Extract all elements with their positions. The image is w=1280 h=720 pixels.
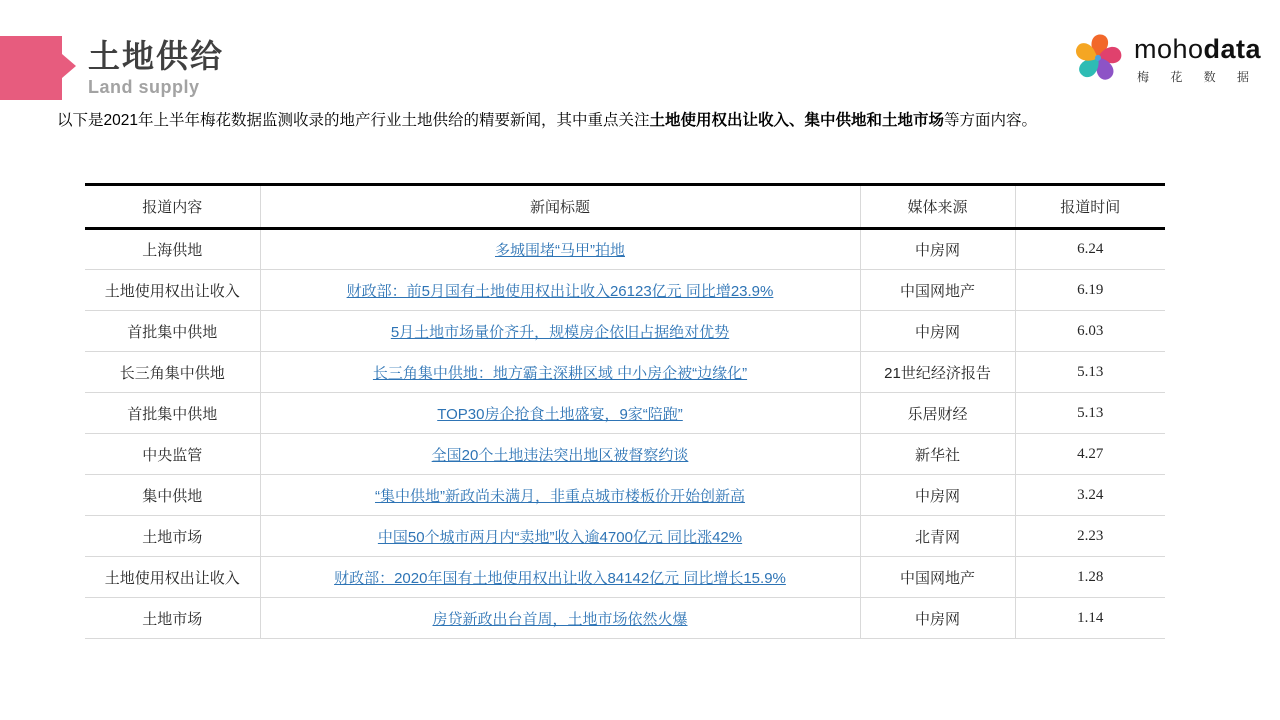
intro-bold: 土地使用权出让收入、集中供地和土地市场 xyxy=(649,112,944,129)
table-row: 首批集中供地5月土地市场量价齐升，规模房企依旧占据绝对优势中房网6.03 xyxy=(85,311,1165,352)
column-header-title: 新闻标题 xyxy=(260,185,860,229)
news-title-link[interactable]: 多城围堵“马甲”拍地 xyxy=(495,242,625,259)
news-title-link[interactable]: 房贷新政出台首周，土地市场依然火爆 xyxy=(432,611,687,628)
media-source: 北青网 xyxy=(860,516,1015,557)
logo-text: mohodata 梅 花 数 据 xyxy=(1134,28,1261,85)
table-header-row: 报道内容 新闻标题 媒体来源 报道时间 xyxy=(85,185,1165,229)
report-category: 首批集中供地 xyxy=(85,393,260,434)
news-title-cell: TOP30房企抢食土地盛宴，9家“陪跑” xyxy=(260,393,860,434)
report-category: 土地市场 xyxy=(85,516,260,557)
report-date: 5.13 xyxy=(1015,352,1165,393)
report-date: 1.28 xyxy=(1015,557,1165,598)
report-category: 中央监管 xyxy=(85,434,260,475)
table-row: 首批集中供地TOP30房企抢食土地盛宴，9家“陪跑”乐居财经5.13 xyxy=(85,393,1165,434)
report-date: 6.03 xyxy=(1015,311,1165,352)
pinwheel-logo-icon xyxy=(1070,28,1126,84)
media-source: 中房网 xyxy=(860,475,1015,516)
report-date: 3.24 xyxy=(1015,475,1165,516)
table-row: 上海供地多城围堵“马甲”拍地中房网6.24 xyxy=(85,229,1165,270)
news-title-link[interactable]: TOP30房企抢食土地盛宴，9家“陪跑” xyxy=(437,406,683,423)
news-title-cell: 长三角集中供地：地方霸主深耕区域 中小房企被“边缘化” xyxy=(260,352,860,393)
intro-text: 以下是2021年上半年梅花数据监测收录的地产行业土地供给的精要新闻，其中重点关注… xyxy=(57,110,1157,132)
media-source: 中房网 xyxy=(860,311,1015,352)
news-title-link[interactable]: 中国50个城市两月内“卖地”收入逾4700亿元 同比涨42% xyxy=(378,529,742,546)
table-row: 土地市场房贷新政出台首周，土地市场依然火爆中房网1.14 xyxy=(85,598,1165,639)
news-table-body: 上海供地多城围堵“马甲”拍地中房网6.24土地使用权出让收入财政部：前5月国有土… xyxy=(85,229,1165,639)
slide: 土地供给 Land supply mohodata 梅 花 数 据 以下是202… xyxy=(0,0,1280,720)
column-header-source: 媒体来源 xyxy=(860,185,1015,229)
report-date: 5.13 xyxy=(1015,393,1165,434)
report-category: 土地市场 xyxy=(85,598,260,639)
table-row: 中央监管全国20个土地违法突出地区被督察约谈新华社4.27 xyxy=(85,434,1165,475)
page-subtitle: Land supply xyxy=(88,77,224,98)
report-category: 土地使用权出让收入 xyxy=(85,557,260,598)
news-title-link[interactable]: 5月土地市场量价齐升，规模房企依旧占据绝对优势 xyxy=(391,324,729,341)
media-source: 中房网 xyxy=(860,229,1015,270)
report-category: 集中供地 xyxy=(85,475,260,516)
news-title-cell: 5月土地市场量价齐升，规模房企依旧占据绝对优势 xyxy=(260,311,860,352)
news-title-link[interactable]: 财政部：前5月国有土地使用权出让收入26123亿元 同比增23.9% xyxy=(347,283,774,300)
logo-chinese: 梅 花 数 据 xyxy=(1134,68,1261,85)
news-title-link[interactable]: “集中供地”新政尚未满月，非重点城市楼板价开始创新高 xyxy=(375,488,745,505)
page-title: 土地供给 xyxy=(88,38,224,75)
report-category: 首批集中供地 xyxy=(85,311,260,352)
news-title-cell: 多城围堵“马甲”拍地 xyxy=(260,229,860,270)
media-source: 新华社 xyxy=(860,434,1015,475)
report-category: 上海供地 xyxy=(85,229,260,270)
logo-name: mohodata xyxy=(1134,36,1261,63)
news-title-link[interactable]: 长三角集中供地：地方霸主深耕区域 中小房企被“边缘化” xyxy=(373,365,747,382)
media-source: 中国网地产 xyxy=(860,270,1015,311)
table-row: 集中供地“集中供地”新政尚未满月，非重点城市楼板价开始创新高中房网3.24 xyxy=(85,475,1165,516)
media-source: 乐居财经 xyxy=(860,393,1015,434)
table-row: 土地使用权出让收入财政部：2020年国有土地使用权出让收入84142亿元 同比增… xyxy=(85,557,1165,598)
title-block: 土地供给 Land supply xyxy=(88,38,224,98)
report-date: 2.23 xyxy=(1015,516,1165,557)
news-title-cell: 财政部：2020年国有土地使用权出让收入84142亿元 同比增长15.9% xyxy=(260,557,860,598)
news-title-cell: 全国20个土地违法突出地区被督察约谈 xyxy=(260,434,860,475)
report-date: 6.24 xyxy=(1015,229,1165,270)
media-source: 中国网地产 xyxy=(860,557,1015,598)
table-row: 土地使用权出让收入财政部：前5月国有土地使用权出让收入26123亿元 同比增23… xyxy=(85,270,1165,311)
report-date: 6.19 xyxy=(1015,270,1165,311)
logo-name-bold: data xyxy=(1204,34,1262,64)
column-header-category: 报道内容 xyxy=(85,185,260,229)
news-title-cell: 房贷新政出台首周，土地市场依然火爆 xyxy=(260,598,860,639)
report-date: 1.14 xyxy=(1015,598,1165,639)
news-title-cell: 中国50个城市两月内“卖地”收入逾4700亿元 同比涨42% xyxy=(260,516,860,557)
intro-suffix: 等方面内容。 xyxy=(944,112,1037,129)
media-source: 21世纪经济报告 xyxy=(860,352,1015,393)
table-row: 长三角集中供地长三角集中供地：地方霸主深耕区域 中小房企被“边缘化”21世纪经济… xyxy=(85,352,1165,393)
news-title-cell: “集中供地”新政尚未满月，非重点城市楼板价开始创新高 xyxy=(260,475,860,516)
report-category: 长三角集中供地 xyxy=(85,352,260,393)
table-row: 土地市场中国50个城市两月内“卖地”收入逾4700亿元 同比涨42%北青网2.2… xyxy=(85,516,1165,557)
report-date: 4.27 xyxy=(1015,434,1165,475)
intro-prefix: 以下是2021年上半年梅花数据监测收录的地产行业土地供给的精要新闻，其中重点关注 xyxy=(57,112,649,129)
mohodata-logo: mohodata 梅 花 数 据 xyxy=(1070,28,1261,85)
news-title-cell: 财政部：前5月国有土地使用权出让收入26123亿元 同比增23.9% xyxy=(260,270,860,311)
news-title-link[interactable]: 全国20个土地违法突出地区被督察约谈 xyxy=(432,447,689,464)
news-table: 报道内容 新闻标题 媒体来源 报道时间 上海供地多城围堵“马甲”拍地中房网6.2… xyxy=(85,183,1165,639)
news-title-link[interactable]: 财政部：2020年国有土地使用权出让收入84142亿元 同比增长15.9% xyxy=(334,570,786,587)
column-header-date: 报道时间 xyxy=(1015,185,1165,229)
media-source: 中房网 xyxy=(860,598,1015,639)
report-category: 土地使用权出让收入 xyxy=(85,270,260,311)
logo-name-regular: moho xyxy=(1134,34,1204,64)
accent-pointer-shape xyxy=(0,36,80,100)
